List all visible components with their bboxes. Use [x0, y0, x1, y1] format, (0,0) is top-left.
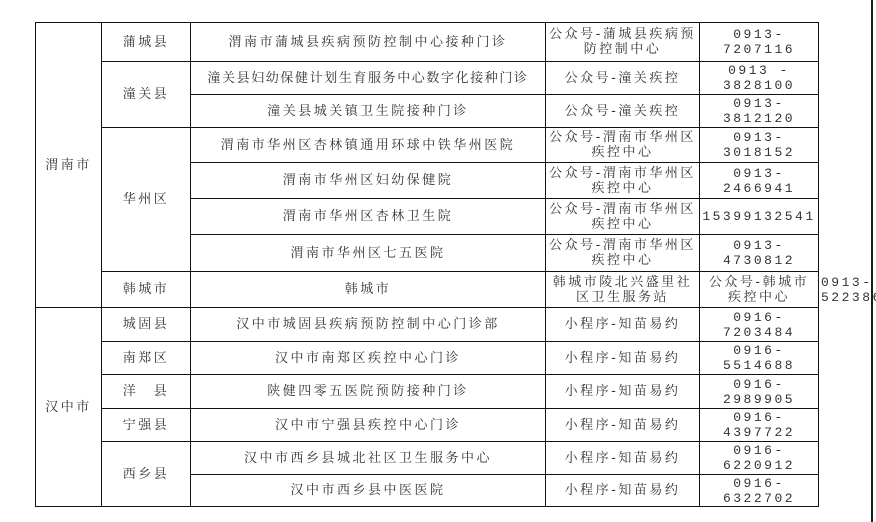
district-cell: 蒲城县: [102, 23, 191, 62]
phone-number: 0913-3018152: [700, 128, 819, 163]
table-row: 潼关县 潼关县妇幼保健计划生育服务中心数字化接种门诊 公众号-潼关疾控 0913…: [36, 62, 819, 95]
booking-channel: 公众号-渭南市华州区疾控中心: [546, 163, 700, 199]
phone-number: 0913-3812120: [700, 95, 819, 128]
booking-channel: 小程序-知苗易约: [546, 475, 700, 507]
table-row: 西乡县 汉中市西乡县城北社区卫生服务中心 小程序-知苗易约 0916-62209…: [36, 442, 819, 475]
page-edge-divider: [871, 0, 873, 522]
phone-number: 0913-7207116: [700, 23, 819, 62]
clinic-name: 汉中市西乡县城北社区卫生服务中心: [191, 442, 546, 475]
booking-channel: 公众号-渭南市华州区疾控中心: [546, 199, 700, 235]
district-cell: 城固县: [102, 308, 191, 342]
phone-number: 0916-6220912: [700, 442, 819, 475]
district-cell: 西乡县: [102, 442, 191, 507]
booking-channel: 公众号-蒲城县疾病预防控制中心: [546, 23, 700, 62]
table-row: 宁强县 汉中市宁强县疾控中心门诊 小程序-知苗易约 0916-4397722: [36, 409, 819, 442]
phone-number: 0913-4730812: [700, 235, 819, 272]
booking-channel: 公众号-渭南市华州区疾控中心: [546, 128, 700, 163]
booking-channel: 公众号-渭南市华州区疾控中心: [546, 235, 700, 272]
booking-channel: 小程序-知苗易约: [546, 375, 700, 409]
clinic-name: 韩城市陵北兴盛里社区卫生服务站: [546, 272, 700, 308]
booking-channel: 小程序-知苗易约: [546, 442, 700, 475]
phone-number: 0916-7203484: [700, 308, 819, 342]
table-row: 汉中市 城固县 汉中市城固县疾病预防控制中心门诊部 小程序-知苗易约 0916-…: [36, 308, 819, 342]
phone-number: 0913 - 3828100: [700, 62, 819, 95]
booking-channel: 公众号-韩城市疾控中心: [700, 272, 819, 308]
phone-number: 0916-5514688: [700, 342, 819, 375]
booking-channel: 公众号-潼关疾控: [546, 95, 700, 128]
clinic-name: 汉中市宁强县疾控中心门诊: [191, 409, 546, 442]
clinic-name: 汉中市城固县疾病预防控制中心门诊部: [191, 308, 546, 342]
clinic-name: 潼关县城关镇卫生院接种门诊: [191, 95, 546, 128]
table-row: 华州区 渭南市华州区杏林镇通用环球中铁华州医院 公众号-渭南市华州区疾控中心 0…: [36, 128, 819, 163]
city-cell-hancheng: 韩城市: [102, 272, 191, 308]
phone-number: 0913-2466941: [700, 163, 819, 199]
vaccination-clinic-table: 渭南市 蒲城县 渭南市蒲城县疾病预防控制中心接种门诊 公众号-蒲城县疾病预防控制…: [35, 22, 819, 507]
phone-number: 0916-2989905: [700, 375, 819, 409]
table-row: 渭南市 蒲城县 渭南市蒲城县疾病预防控制中心接种门诊 公众号-蒲城县疾病预防控制…: [36, 23, 819, 62]
booking-channel: 小程序-知苗易约: [546, 308, 700, 342]
clinic-name: 陕健四零五医院预防接种门诊: [191, 375, 546, 409]
city-name: 渭南市: [38, 158, 99, 173]
clinic-name: 汉中市西乡县中医医院: [191, 475, 546, 507]
table-row: 韩城市 韩城市 韩城市陵北兴盛里社区卫生服务站 公众号-韩城市疾控中心 0913…: [36, 272, 819, 308]
district-cell: 潼关县: [102, 62, 191, 128]
clinic-name: 渭南市华州区妇幼保健院: [191, 163, 546, 199]
booking-channel: 小程序-知苗易约: [546, 409, 700, 442]
clinic-name: 渭南市华州区杏林卫生院: [191, 199, 546, 235]
phone-number: 0916-6322702: [700, 475, 819, 507]
booking-channel: 小程序-知苗易约: [546, 342, 700, 375]
table-row: 洋 县 陕健四零五医院预防接种门诊 小程序-知苗易约 0916-2989905: [36, 375, 819, 409]
district-cell: 华州区: [102, 128, 191, 272]
city-name: 韩城市: [123, 282, 170, 297]
table-row: 南郑区 汉中市南郑区疾控中心门诊 小程序-知苗易约 0916-5514688: [36, 342, 819, 375]
booking-channel: 公众号-潼关疾控: [546, 62, 700, 95]
phone-number: 0916-4397722: [700, 409, 819, 442]
clinic-name: 汉中市南郑区疾控中心门诊: [191, 342, 546, 375]
district-cell: 南郑区: [102, 342, 191, 375]
city-cell-hanzhong: 汉中市: [36, 308, 102, 507]
city-cell-weinan: 渭南市: [36, 23, 102, 308]
district-cell: 宁强县: [102, 409, 191, 442]
clinic-name: 渭南市华州区七五医院: [191, 235, 546, 272]
district-cell: 韩城市: [191, 272, 546, 308]
city-name: 汉中市: [45, 400, 92, 415]
clinic-name: 潼关县妇幼保健计划生育服务中心数字化接种门诊: [191, 62, 546, 95]
clinic-name: 渭南市华州区杏林镇通用环球中铁华州医院: [191, 128, 546, 163]
phone-number: 15399132541: [700, 199, 819, 235]
district-cell: 洋 县: [102, 375, 191, 409]
clinic-name: 渭南市蒲城县疾病预防控制中心接种门诊: [191, 23, 546, 62]
